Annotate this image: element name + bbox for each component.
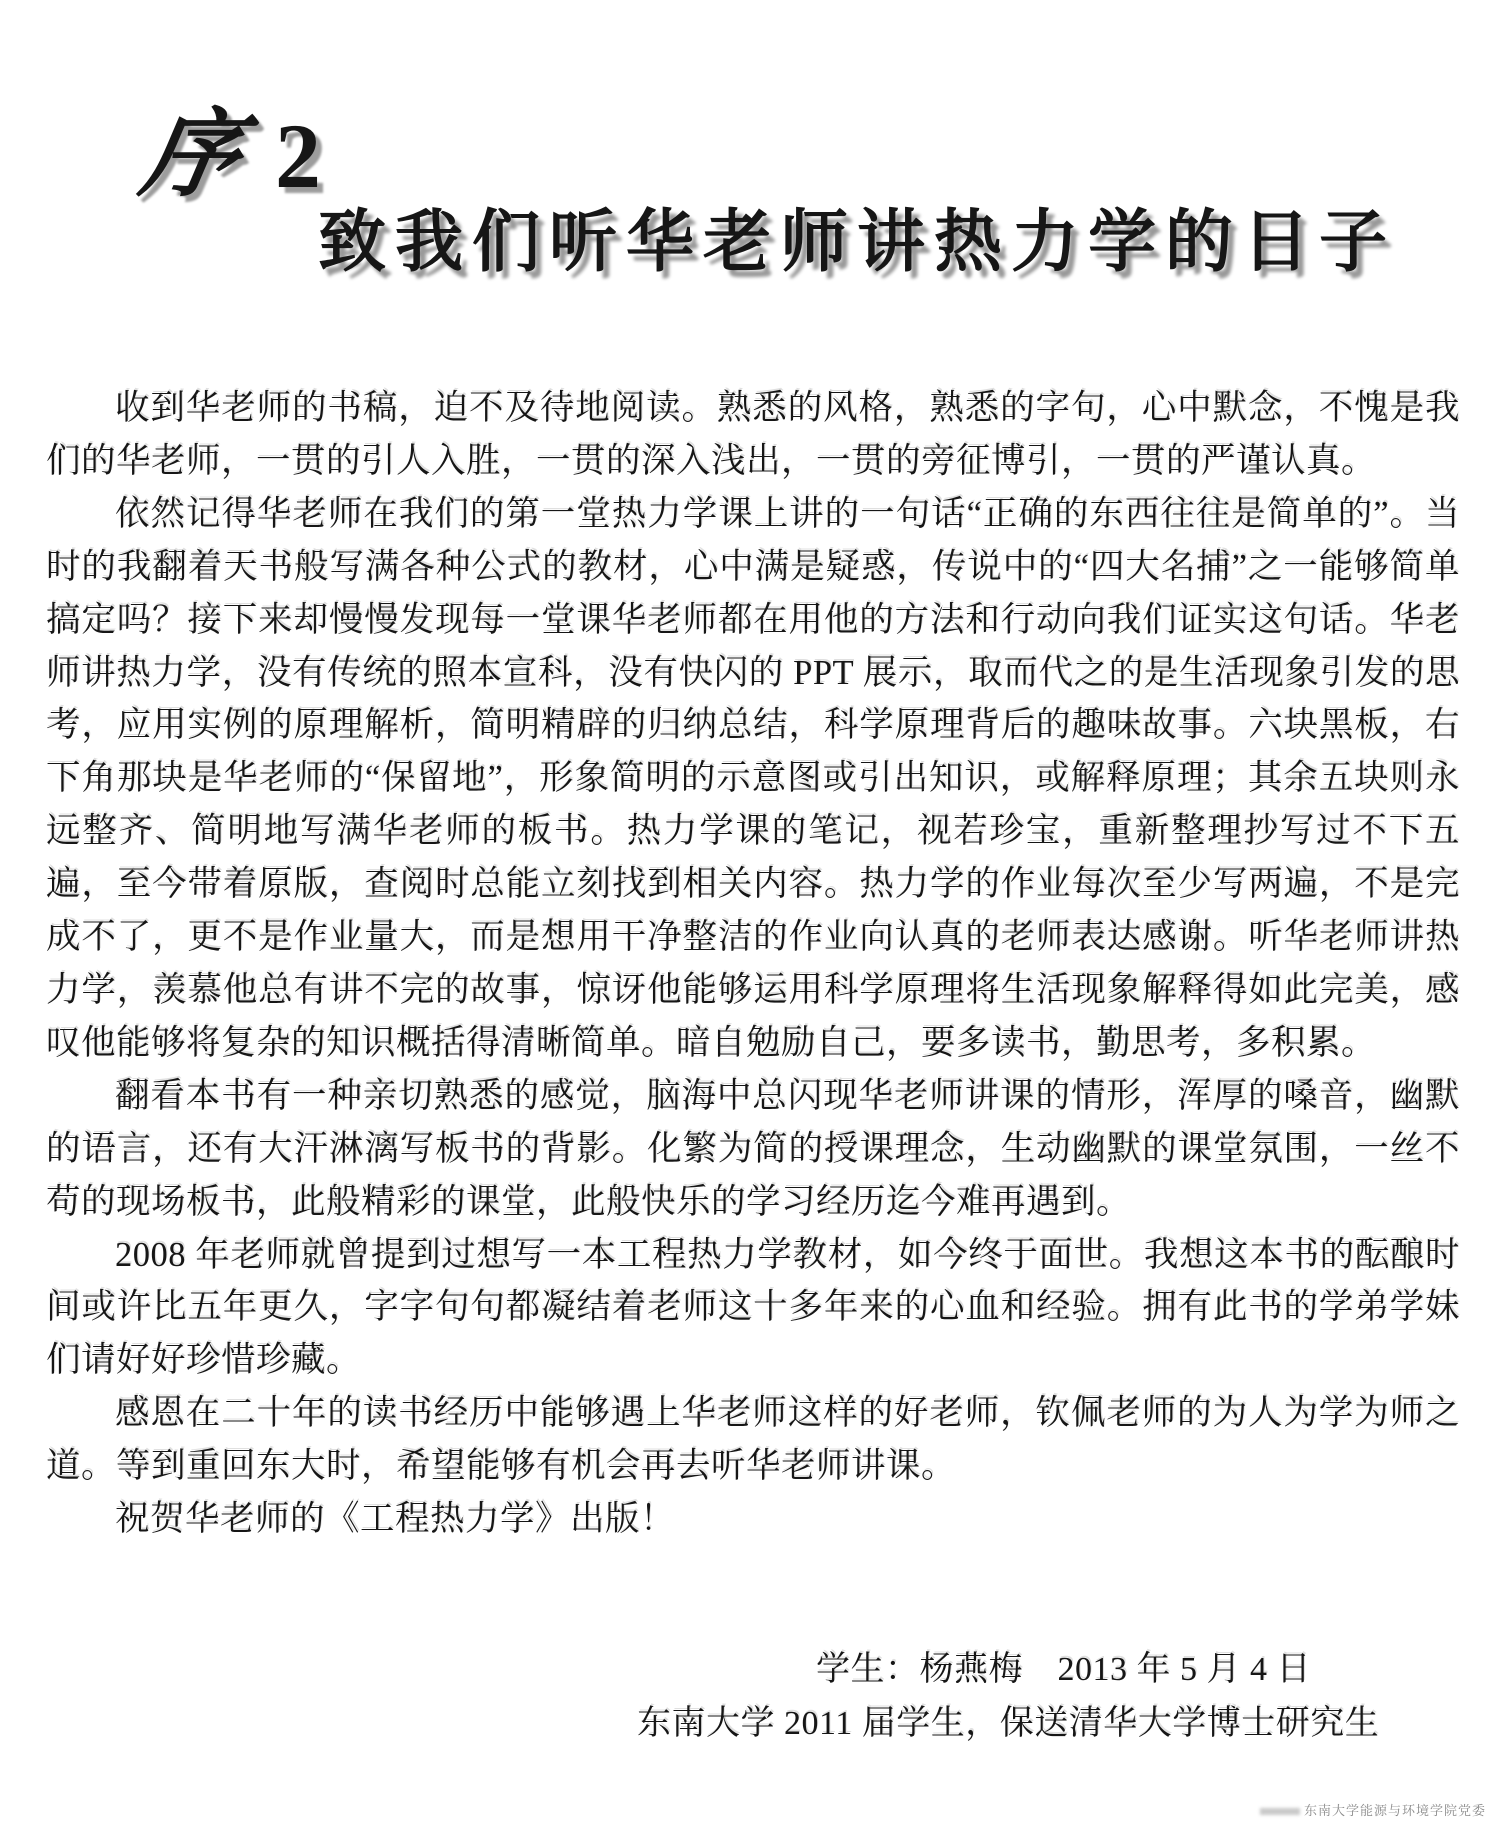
paragraph: 翻看本书有一种亲切熟悉的感觉，脑海中总闪现华老师讲课的情形，浑厚的嗓音，幽默的语…	[46, 1070, 1460, 1229]
paragraph: 感恩在二十年的读书经历中能够遇上华老师这样的好老师，钦佩老师的为人为学为师之道。…	[46, 1387, 1460, 1493]
watermark-text: 东南大学能源与环境学院党委	[1304, 1803, 1486, 1818]
paragraph: 2008 年老师就曾提到过想写一本工程热力学教材，如今终于面世。我想这本书的酝酿…	[46, 1229, 1460, 1388]
signature-line-1: 学生：杨燕梅 2013 年 5 月 4 日	[816, 1641, 1311, 1690]
watermark-smudge-decoration	[1260, 1808, 1300, 1815]
document-page: 序2 致我们听华老师讲热力学的日子 收到华老师的书稿，迫不及待地阅读。熟悉的风格…	[0, 0, 1492, 1823]
paragraph: 收到华老师的书稿，迫不及待地阅读。熟悉的风格，熟悉的字句，心中默念，不愧是我们的…	[46, 382, 1460, 488]
body-text: 收到华老师的书稿，迫不及待地阅读。熟悉的风格，熟悉的字句，心中默念，不愧是我们的…	[46, 382, 1460, 1546]
section-number: 2	[275, 103, 321, 209]
paragraph: 依然记得华老师在我们的第一堂热力学课上讲的一句话“正确的东西往往是简单的”。当时…	[46, 488, 1460, 1070]
page-title: 致我们听华老师讲热力学的日子	[318, 188, 1396, 285]
signature-line-2: 东南大学 2011 届学生，保送清华大学博士研究生	[637, 1695, 1379, 1744]
paragraph: 祝贺华老师的《工程热力学》出版！	[46, 1493, 1460, 1546]
watermark: 东南大学能源与环境学院党委	[1260, 1800, 1486, 1819]
section-heading: 序2	[145, 78, 321, 215]
section-label: 序	[133, 78, 253, 215]
